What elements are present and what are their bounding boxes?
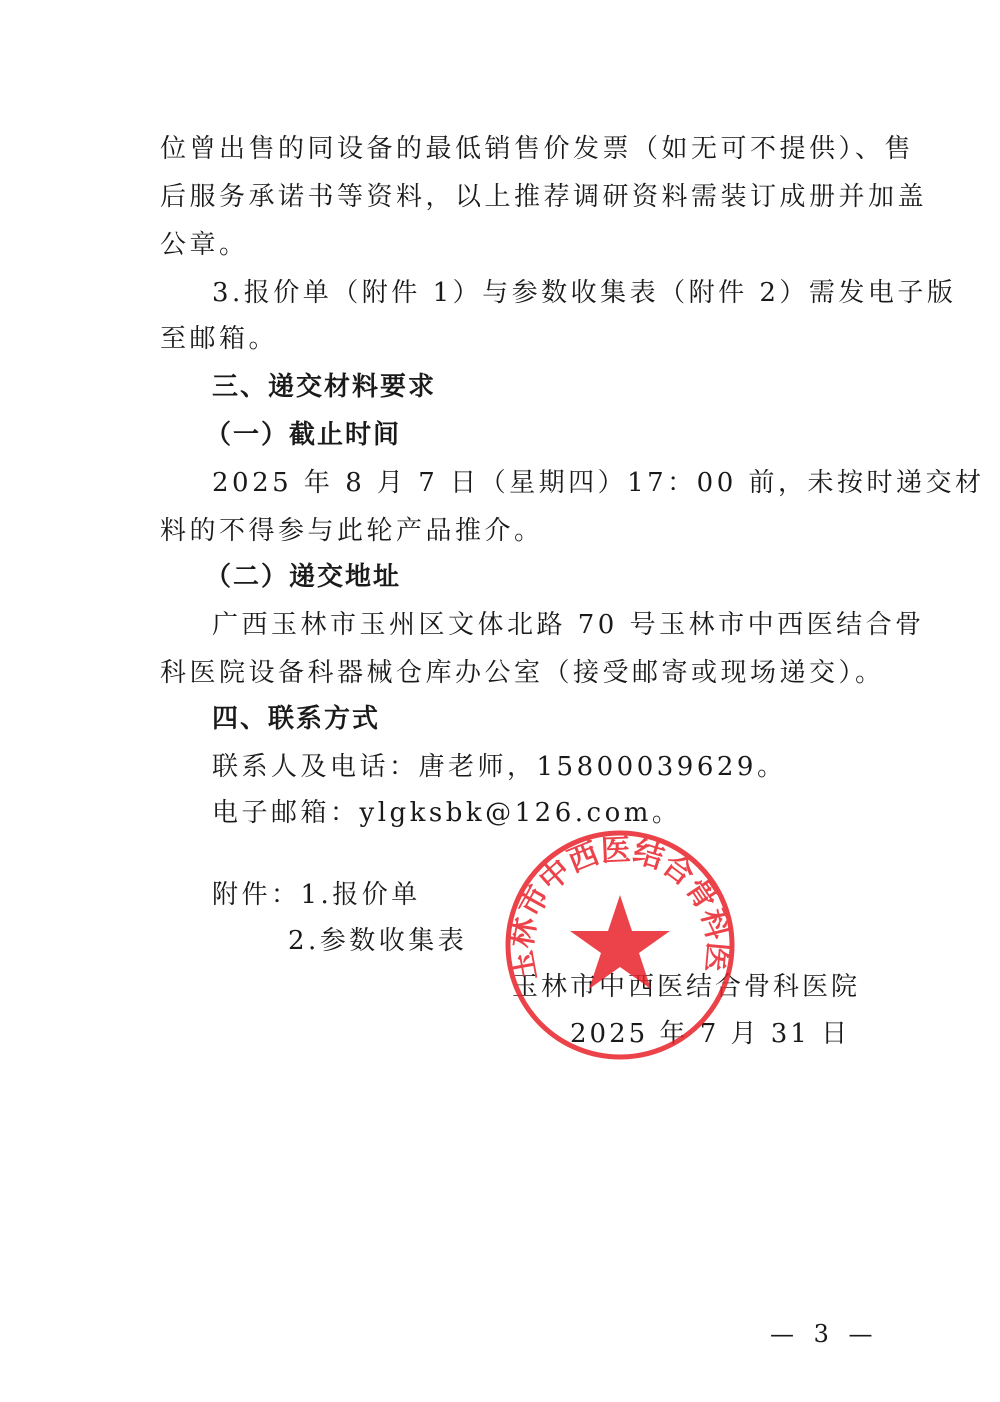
line-deadline-2: 料的不得参与此轮产品推介。	[160, 514, 544, 548]
heading-submission-requirements: 三、递交材料要求	[212, 370, 436, 404]
line-4: 3.报价单（附件 1）与参数收集表（附件 2）需发电子版	[212, 276, 956, 310]
heading-address: （二）递交地址	[205, 560, 401, 594]
page-number: — 3 —	[770, 1320, 879, 1348]
line-address: 广西玉林市玉州区文体北路 70 号玉林市中西医结合骨	[212, 608, 925, 642]
line-deadline: 2025 年 8 月 7 日（星期四）17：00 前，未按时递交材	[212, 466, 985, 500]
official-seal-icon: 玉林市中西医结合骨科医院	[500, 825, 740, 1065]
line-2: 后服务承诺书等资料，以上推荐调研资料需装订成册并加盖	[160, 180, 927, 214]
contact-person: 联系人及电话：唐老师，15800039629。	[212, 750, 786, 784]
attachment-2: 2.参数收集表	[288, 924, 467, 958]
attachment-1: 附件：1.报价单	[212, 878, 421, 912]
heading-contact: 四、联系方式	[212, 702, 380, 736]
line-5: 至邮箱。	[160, 322, 278, 356]
line-3: 公章。	[160, 228, 249, 262]
line-address-2: 科医院设备科器械仓库办公室（接受邮寄或现场递交）。	[160, 656, 885, 690]
line-1: 位曾出售的同设备的最低销售价发票（如无可不提供）、售	[160, 132, 914, 166]
heading-deadline: （一）截止时间	[205, 418, 401, 452]
